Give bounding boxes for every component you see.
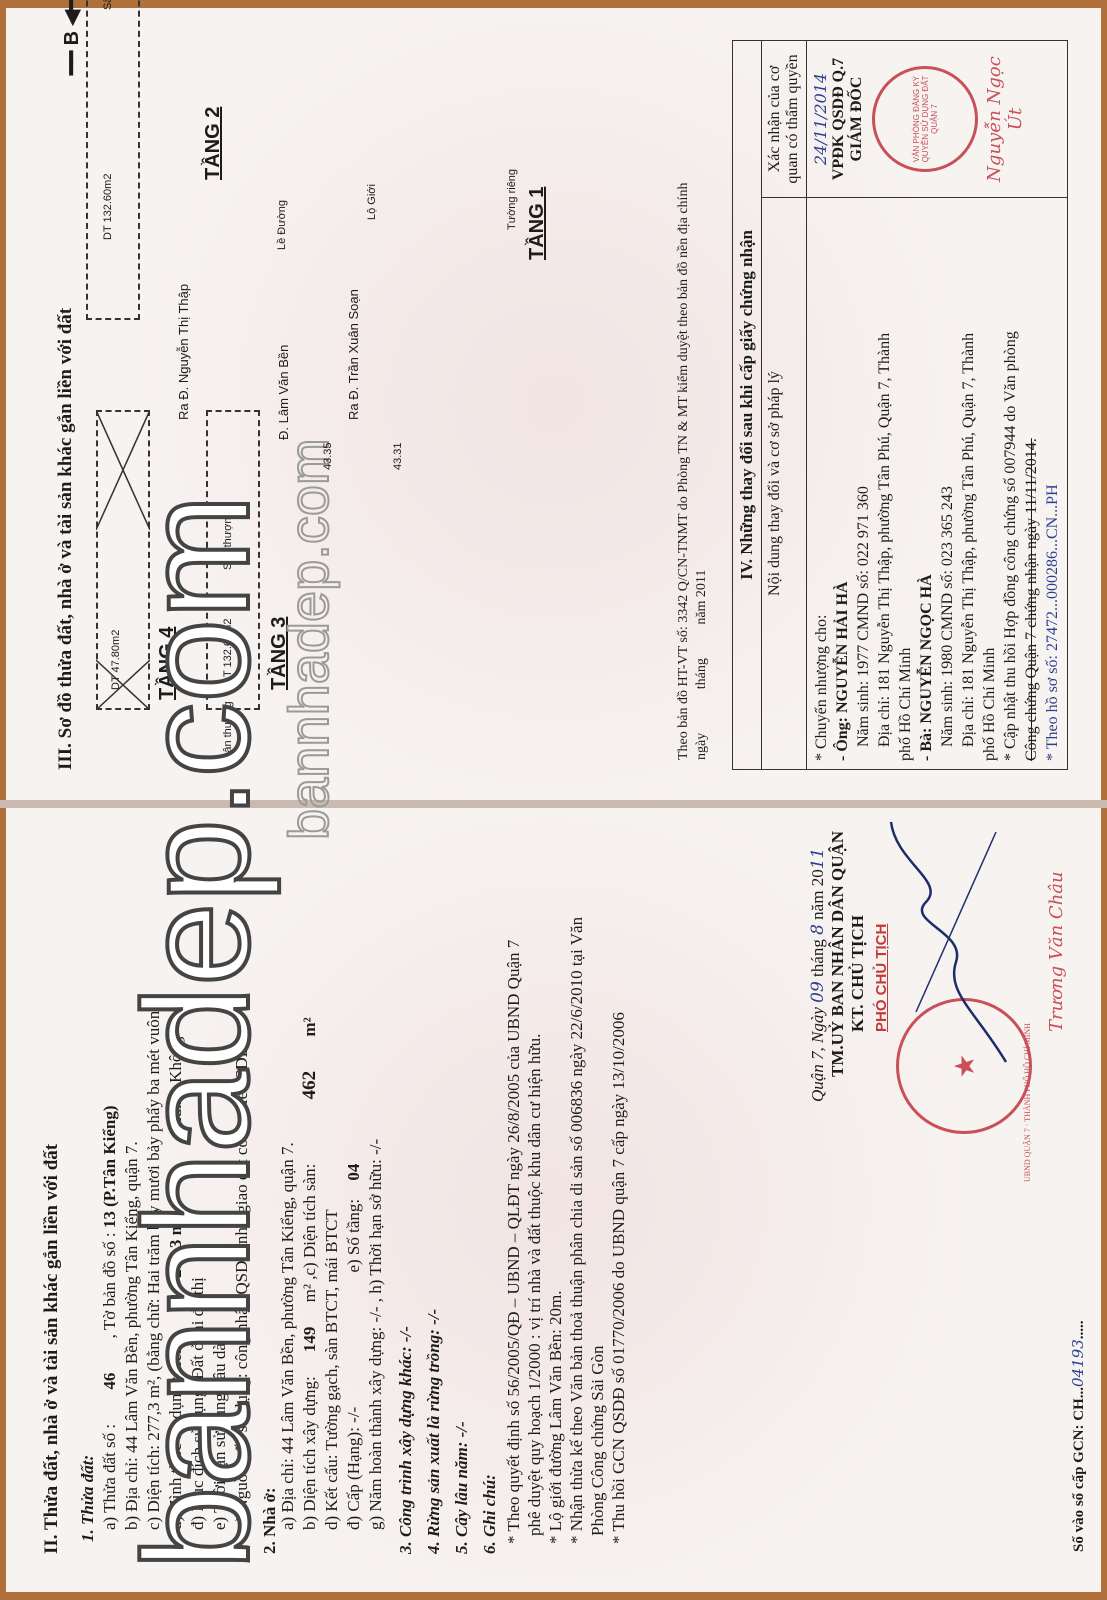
official-signature [886,812,1026,1072]
house-completion: g) Năm hoàn thành xây dựng: -/- , h) Thờ… [366,1139,386,1530]
changes-table: IV. Những thay đổi sau khi cấp giấy chứn… [732,40,1068,770]
notes-heading: 6. Ghi chú: [480,1474,500,1554]
note-line: * Thu hồi GCN QSDĐ số 01770/2006 do UBND… [609,1012,629,1544]
signer-role: KT. CHỦ TỊCH [848,915,868,1032]
floor2-plan [86,0,140,320]
issue-date: Quận 7, Ngày 09 tháng 8 năm 2011 [808,848,828,1102]
cert-number: Số vào sổ cấp GCN: CH...04193..... [1068,1321,1089,1552]
issuing-authority: TM.UỶ BAN NHÂN DÂN QUẬN [828,831,848,1077]
certificate-sheet: II. Thửa đất, nhà ở và tài sản khác gắn … [0,0,1107,1600]
floor2-label: TẦNG 2 [202,107,225,180]
signer-name: Trương Văn Châu [1046,871,1067,1032]
note-line: phê duyệt quy hoạch 1/2000 : vị trí nhà … [525,1034,545,1536]
row-limit-label: Lộ Giới [366,184,378,220]
planted-forest: 4. Rừng sản xuất là rừng trồng: -/- [424,1309,444,1554]
other-construction: 3. Công trình xây dựng khác: -/- [396,1326,416,1554]
watermark: bannhadep.com [276,438,341,840]
map-note-date: ngày tháng năm 2011 [692,570,712,760]
watermark-large: bannhadep.com [110,494,283,1570]
floor2-note: Sân thượng [102,0,114,10]
land-heading: 1. Thửa đất: [78,1455,98,1542]
house-structure: d) Kết cấu: Tường gạch, sàn BTCT, mái BT… [322,1209,342,1530]
floor2-area: DT 132.60m2 [102,174,114,240]
parcel-side-bottom: 43.31 [392,442,404,470]
note-line: * Lộ giới đường Lâm Văn Bền: 20m. [546,1290,566,1544]
road-right: Ra Đ. Nguyễn Thị Thập [176,284,191,420]
section-ii-title: II. Thửa đất, nhà ở và tài sản khác gắn … [42,1144,62,1554]
note-line: * Theo quyết định số 56/2005/QĐ – UBND –… [504,940,524,1544]
map-note: Theo bản đồ HT-VT số: 3342 Q/CN-TNMT do … [674,183,694,760]
changes-col-confirm: Xác nhận của cơ quan có thẩm quyền [762,41,807,198]
section-iii-title: III. Sơ đồ thửa đất, nhà ở và tài sản kh… [56,308,76,770]
sidewalk-label: Lề Đường [276,200,288,250]
note-line: Phòng Công chứng Sài Gòn [588,1345,608,1536]
street-name: Đ. Lâm Văn Bền [276,345,291,440]
perennial-trees: 5. Cây lâu năm: -/- [452,1421,472,1554]
floor1-label: TẦNG 1 [526,187,549,260]
changes-confirmation: 24/11/2014 VPĐK QSDĐ Q.7 GIÁM ĐỐC VĂN PH… [807,41,1068,198]
corner-mark: ━━ B ◀━━ [62,0,82,75]
note-line: * Nhận thừa kế theo Văn bản thoả thuận p… [567,917,587,1544]
changes-entries: * Chuyển nhượng cho: - Ông: NGUYỄN HẢI H… [807,198,1068,770]
wall-note: Tường riêng [506,169,518,230]
changes-col-content: Nội dung thay đổi và cơ sở pháp lý [762,198,807,770]
parcel-side-top: 43.35 [322,442,334,470]
changes-title: IV. Những thay đổi sau khi cấp giấy chứn… [733,41,762,770]
registry-seal: VĂN PHÒNG ĐĂNG KÝ QUYỀN SỬ DỤNG ĐẤT QUẬN… [872,66,978,172]
house-area: b) Diện tích xây dựng: 149 m² ,c) Diện t… [300,1017,320,1530]
house-grade: đ) Cấp (Hạng): -/- e) Số tầng: 04 [344,1164,364,1530]
road-left: Ra Đ. Trần Xuân Soạn [346,289,361,420]
